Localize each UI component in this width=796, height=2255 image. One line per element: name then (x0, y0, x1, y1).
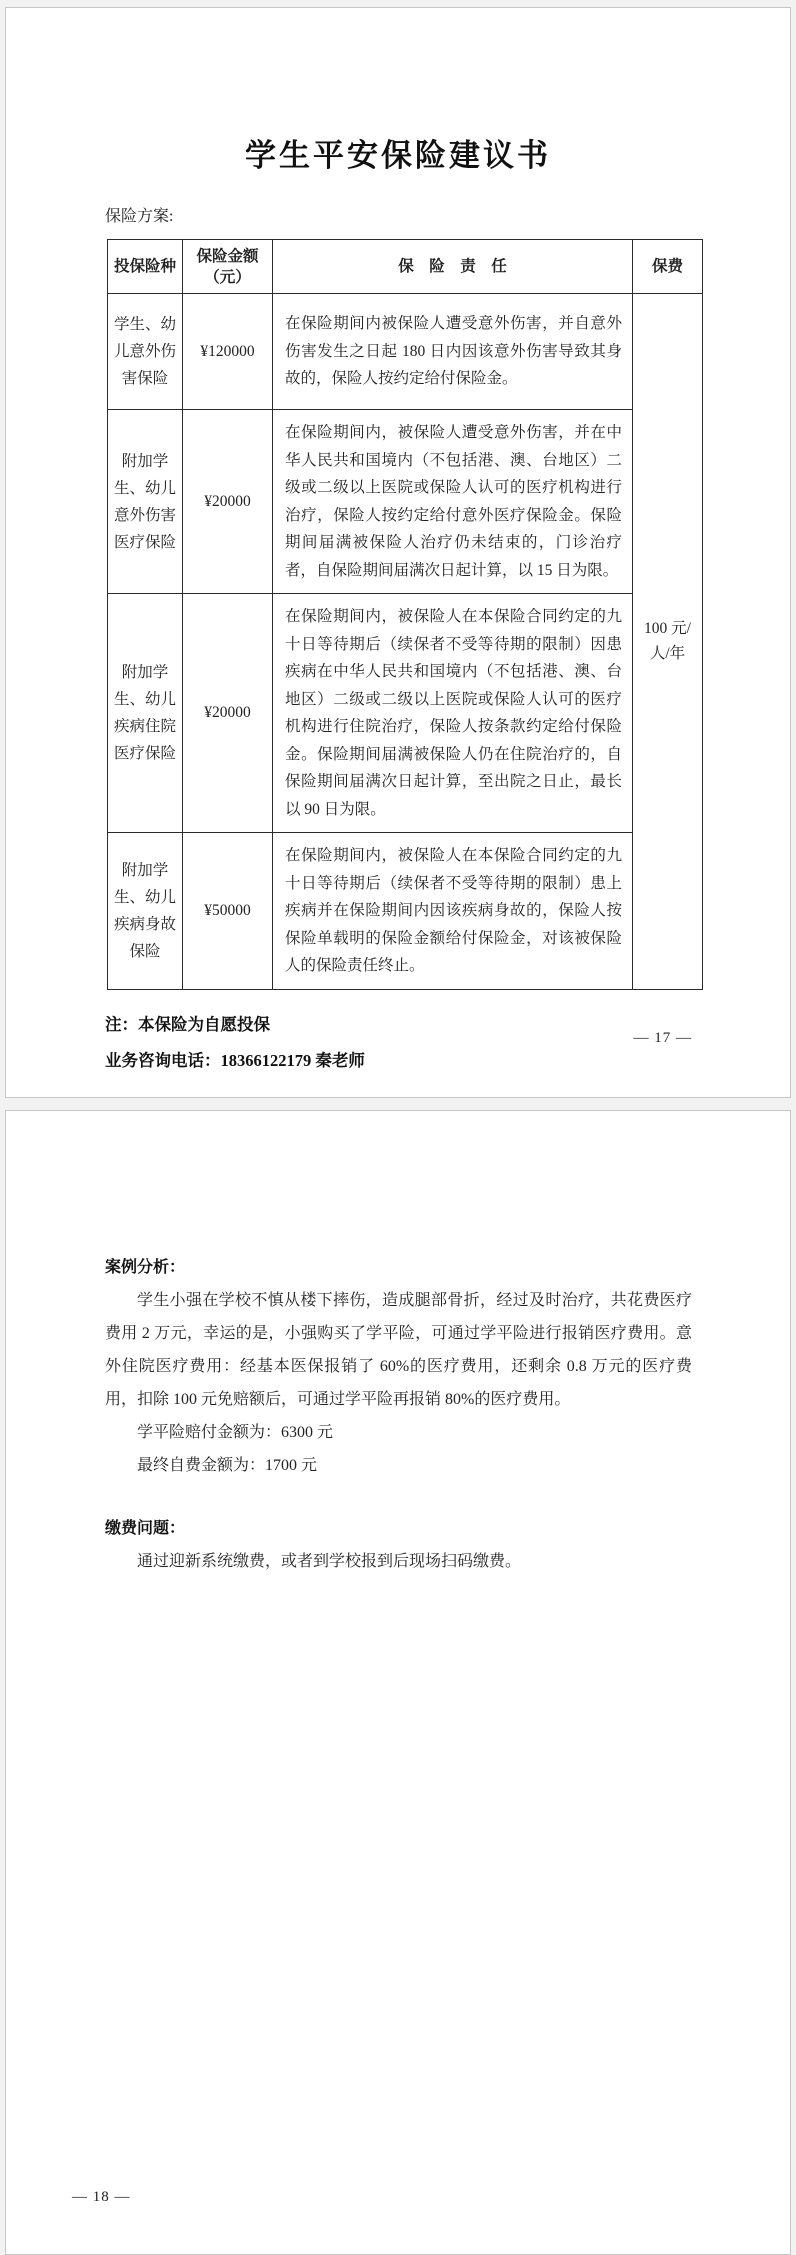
insurance-type-cell: 附加学生、幼儿疾病住院医疗保险 (108, 594, 183, 833)
amount-cell: ¥120000 (183, 294, 273, 410)
table-row: 学生、幼儿意外伤害保险 ¥120000 在保险期间内被保险人遭受意外伤害，并自意… (108, 294, 703, 410)
document-title: 学生平安保险建议书 (6, 130, 790, 175)
table-header-row: 投保险种 保险金额（元） 保 险 责 任 保费 (108, 240, 703, 294)
header-insurance-type: 投保险种 (108, 240, 183, 294)
payment-question-heading: 缴费问题： (105, 1512, 790, 1545)
liability-cell: 在保险期间内被保险人遭受意外伤害，并自意外伤害发生之日起 180 日内因该意外伤… (273, 294, 633, 410)
insurance-type-cell: 学生、幼儿意外伤害保险 (108, 294, 183, 410)
document-viewer: 学生平安保险建议书 保险方案: 投保险种 保险金额（元） 保 险 责 任 保费 … (0, 0, 796, 2255)
note-contact-phone: 业务咨询电话：18366122179 秦老师 (105, 1043, 790, 1079)
case-analysis-heading: 案例分析： (105, 1251, 790, 1284)
table-row: 附加学生、幼儿疾病身故保险 ¥50000 在保险期间内，被保险人在本保险合同约定… (108, 833, 703, 990)
insurance-type-cell: 附加学生、幼儿意外伤害医疗保险 (108, 410, 183, 594)
amount-cell: ¥20000 (183, 410, 273, 594)
plan-section-label: 保险方案: (105, 203, 790, 226)
amount-cell: ¥50000 (183, 833, 273, 990)
amount-cell: ¥20000 (183, 594, 273, 833)
case-self-pay-line: 最终自费金额为：1700 元 (105, 1449, 790, 1482)
liability-cell: 在保险期间内，被保险人在本保险合同约定的九十日等待期后（续保者不受等待期的限制）… (273, 594, 633, 833)
header-liability: 保 险 责 任 (273, 240, 633, 294)
liability-cell: 在保险期间内，被保险人在本保险合同约定的九十日等待期后（续保者不受等待期的限制）… (273, 833, 633, 990)
case-analysis-paragraph: 学生小强在学校不慎从楼下摔伤，造成腿部骨折，经过及时治疗，共花费医疗费用 2 万… (105, 1284, 692, 1416)
page-18: 案例分析： 学生小强在学校不慎从楼下摔伤，造成腿部骨折，经过及时治疗，共花费医疗… (5, 1110, 791, 2255)
header-premium: 保费 (633, 240, 703, 294)
page-number-17: — 17 — (634, 1030, 693, 1047)
table-row: 附加学生、幼儿意外伤害医疗保险 ¥20000 在保险期间内，被保险人遭受意外伤害… (108, 410, 703, 594)
page-separator (5, 1098, 791, 1110)
page-number-18: — 18 — (72, 2189, 131, 2206)
case-payout-line: 学平险赔付金额为：6300 元 (105, 1416, 790, 1449)
page-17: 学生平安保险建议书 保险方案: 投保险种 保险金额（元） 保 险 责 任 保费 … (5, 7, 791, 1098)
liability-cell: 在保险期间内，被保险人遭受意外伤害，并在中华人民共和国境内（不包括港、澳、台地区… (273, 410, 633, 594)
insurance-plan-table: 投保险种 保险金额（元） 保 险 责 任 保费 学生、幼儿意外伤害保险 ¥120… (107, 239, 703, 990)
header-insured-amount: 保险金额（元） (183, 240, 273, 294)
insurance-type-cell: 附加学生、幼儿疾病身故保险 (108, 833, 183, 990)
payment-method-line: 通过迎新系统缴费，或者到学校报到后现场扫码缴费。 (105, 1545, 790, 1578)
table-row: 附加学生、幼儿疾病住院医疗保险 ¥20000 在保险期间内，被保险人在本保险合同… (108, 594, 703, 833)
premium-cell: 100 元/人/年 (633, 294, 703, 990)
